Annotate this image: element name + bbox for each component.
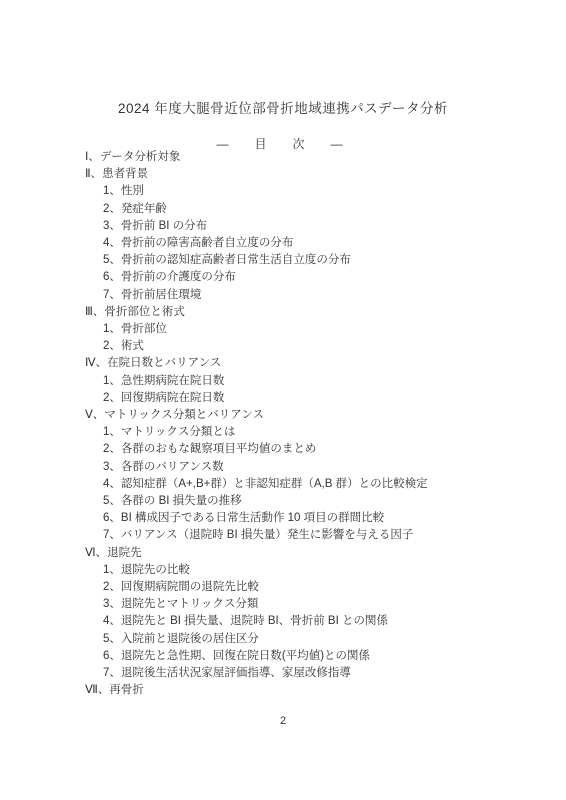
toc-sub-item: 4、骨折前の障害高齢者自立度の分布 [85,235,536,252]
toc-sub-item: 5、各群の BI 損失量の推移 [85,493,536,510]
toc-sub-item: 1、性別 [85,183,536,200]
toc-sub-item: 3、各群のバリアンス数 [85,459,536,476]
toc-section-label: Ⅶ、再骨折 [85,682,536,699]
toc-sub-item: 2、回復期病院在院日数 [85,390,536,407]
toc-sub-item: 2、各群のおもな観察項目平均値のまとめ [85,441,536,458]
toc-sub-item: 1、マトリックス分類とは [85,424,536,441]
toc-list: Ⅰ、データ分析対象Ⅱ、患者背景1、性別2、発症年齢3、骨折前 BI の分布4、骨… [85,149,536,700]
toc-sub-item: 3、骨折前 BI の分布 [85,218,536,235]
toc-sub-item: 2、発症年齢 [85,201,536,218]
toc-sub-item: 7、骨折前居住環境 [85,287,536,304]
toc-section-label: Ⅲ、骨折部位と術式 [85,304,536,321]
toc-sub-item: 7、バリアンス（退院時 BI 損失量）発生に影響を与える因子 [85,527,536,544]
toc-sub-item: 1、退院先の比較 [85,562,536,579]
toc-section-label: Ⅰ、データ分析対象 [85,149,536,166]
toc-section-label: Ⅱ、患者背景 [85,166,536,183]
toc-sub-item: 5、入院前と退院後の居住区分 [85,631,536,648]
toc-sub-item: 1、骨折部位 [85,321,536,338]
toc-section-label: Ⅳ、在院日数とバリアンス [85,355,536,372]
toc-sub-item: 3、退院先とマトリックス分類 [85,596,536,613]
toc-sub-item: 5、骨折前の認知症高齢者日常生活自立度の分布 [85,252,536,269]
toc-section-label: Ⅴ、マトリックス分類とバリアンス [85,407,536,424]
toc-sub-item: 7、退院後生活状況家屋評価指導、家屋改修指導 [85,665,536,682]
toc-sub-item: 2、回復期病院間の退院先比較 [85,579,536,596]
toc-sub-item: 4、認知症群（A+,B+群）と非認知症群（A,B 群）との比較検定 [85,476,536,493]
toc-sub-item: 6、BI 構成因子である日常生活動作 10 項目の群間比較 [85,510,536,527]
page-number: 2 [0,715,566,727]
document-page: 2024 年度大腿骨近位部骨折地域連携パスデータ分析 ― 目 次 ― Ⅰ、データ… [0,0,566,800]
toc-sub-item: 2、術式 [85,338,536,355]
toc-sub-item: 1、急性期病院在院日数 [85,373,536,390]
toc-section-label: Ⅵ、退院先 [85,545,536,562]
document-title: 2024 年度大腿骨近位部骨折地域連携パスデータ分析 [0,97,566,117]
toc-sub-item: 6、退院先と急性期、回復在院日数(平均値)との関係 [85,648,536,665]
toc-sub-item: 4、退院先と BI 損失量、退院時 BI、骨折前 BI との関係 [85,613,536,630]
toc-sub-item: 6、骨折前の介護度の分布 [85,269,536,286]
